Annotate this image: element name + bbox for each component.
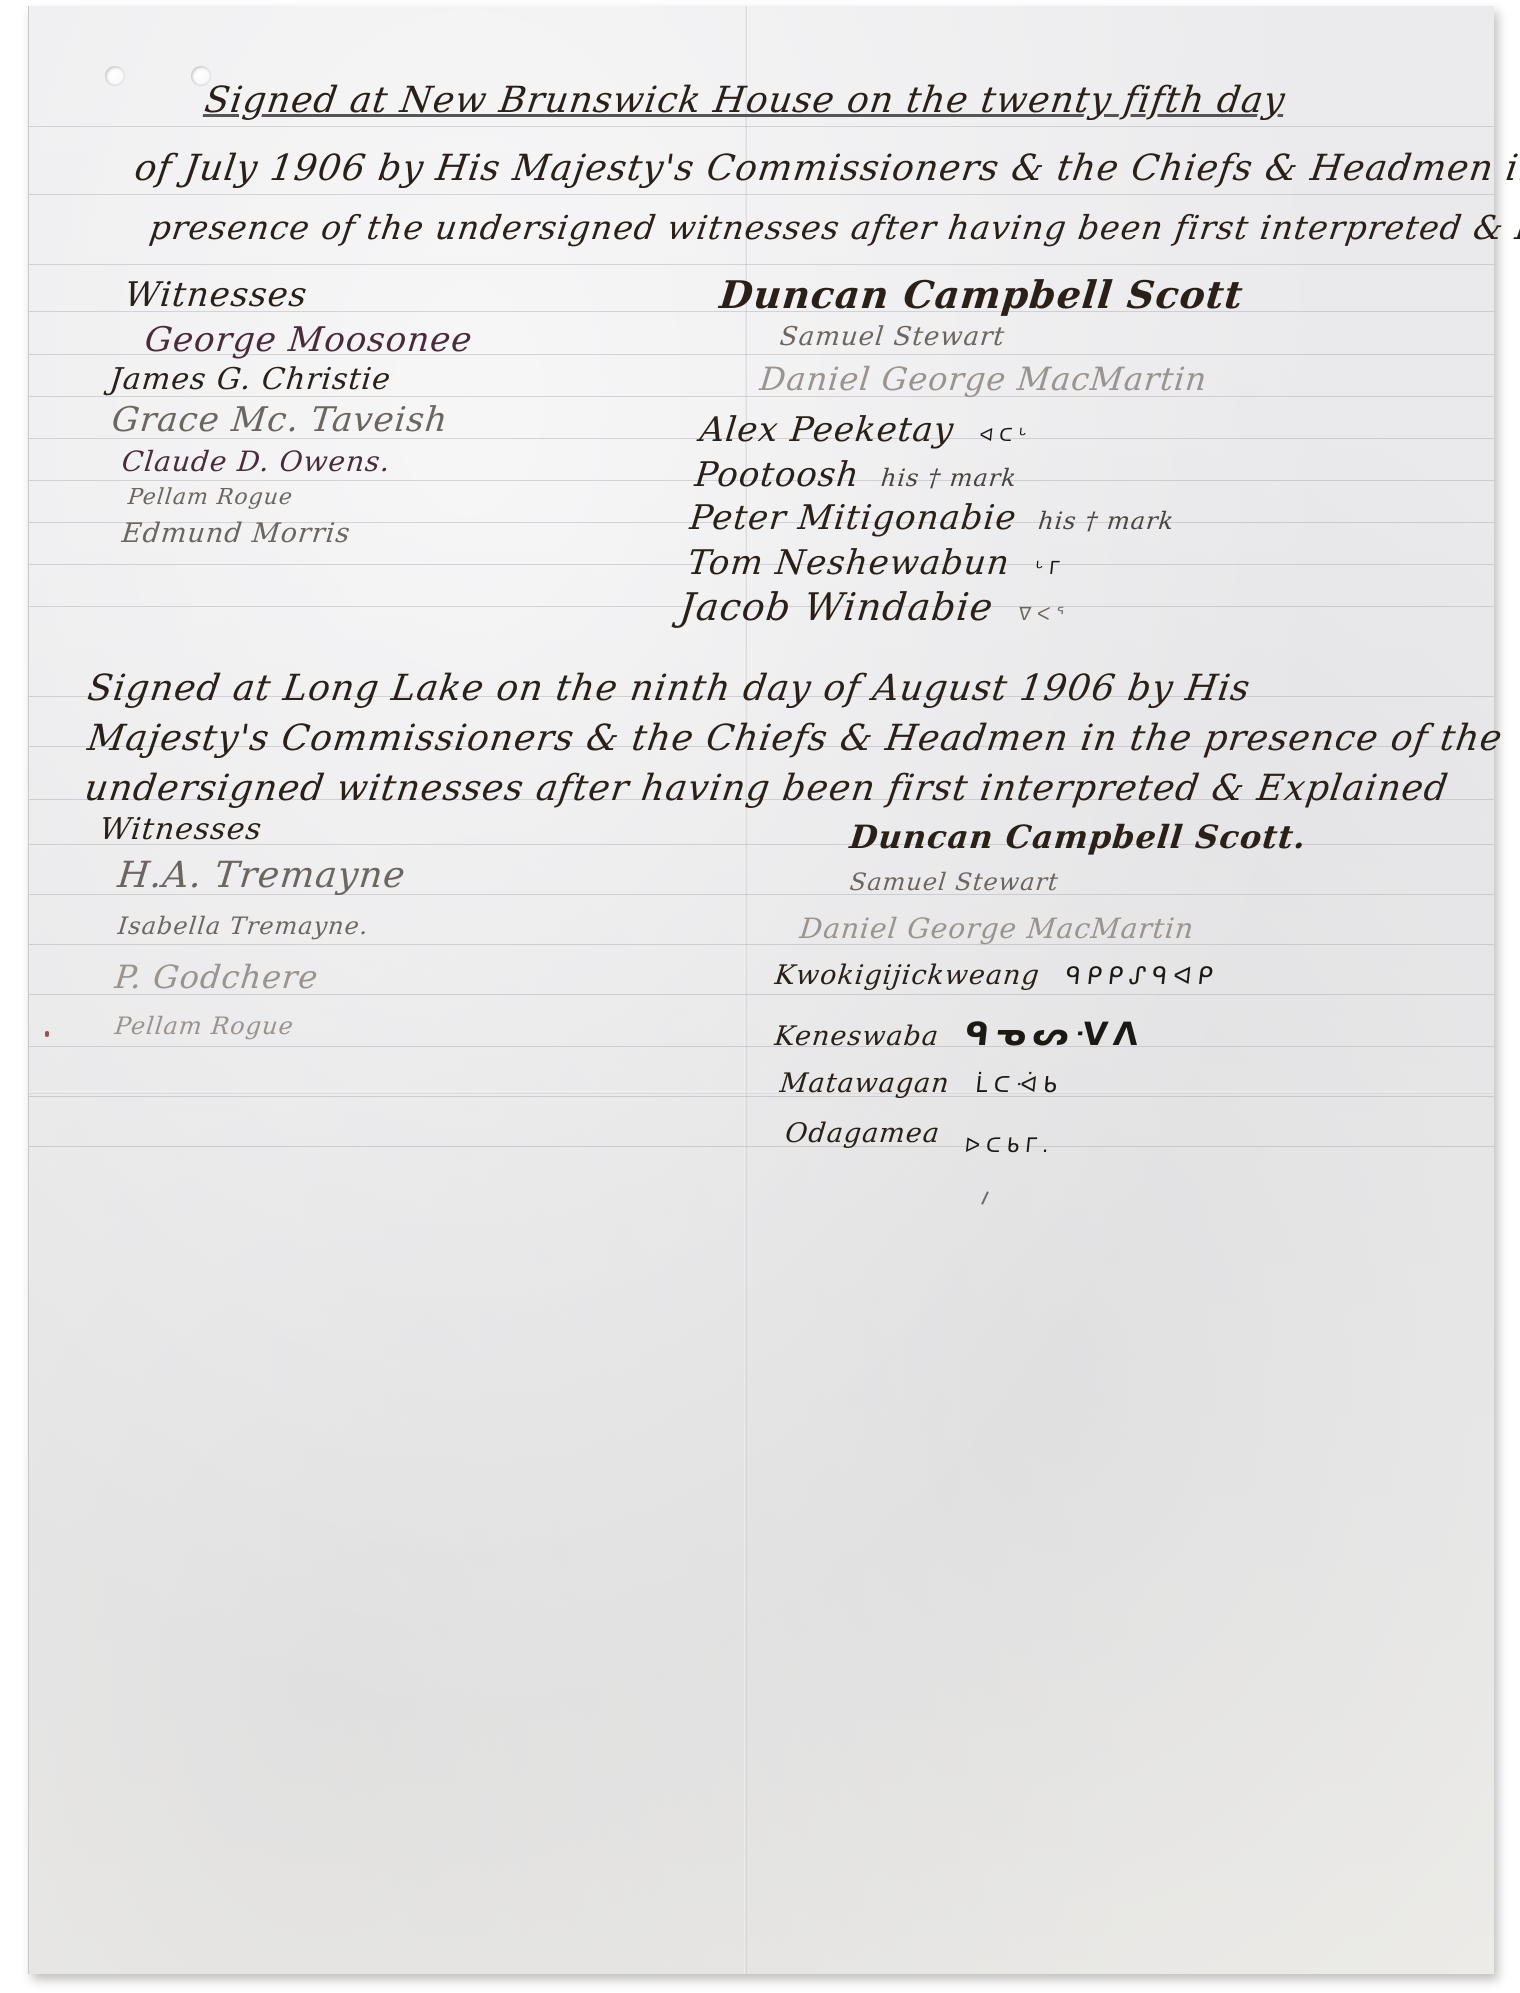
- punch-hole: [105, 66, 125, 86]
- commissioner-signature: Daniel George MacMartin: [798, 912, 1196, 945]
- syllabics-signature: ᐅᑕᑲᒥ.: [964, 1133, 1057, 1157]
- witness-signature: Pellam Rogue: [114, 1012, 296, 1040]
- his-mark-annotation: his † mark: [880, 464, 1019, 492]
- section1-line2: of July 1906 by His Majesty's Commission…: [132, 148, 1520, 189]
- fold-crease-horizontal: [29, 1091, 1494, 1094]
- witness-signature: Pellam Rogue: [127, 485, 295, 510]
- chief-name: Pootoosh: [693, 455, 862, 495]
- chief-name: Keneswaba: [773, 1021, 941, 1052]
- witness-signature: H.A. Tremayne: [116, 855, 408, 896]
- ink-mark: [981, 1191, 989, 1205]
- syllabics-signature: ᐊᑕᒡ: [978, 425, 1033, 446]
- syllabics-signature: ᑫᓀᔕᐺᐱ: [963, 1015, 1146, 1053]
- witness-signature: James G. Christie: [108, 362, 393, 397]
- section1-line1: Signed at New Brunswick House on the twe…: [202, 80, 1288, 121]
- ruled-line: [29, 1146, 1494, 1147]
- chief-name: Kwokigijickweang: [773, 960, 1041, 991]
- ink-spot: [45, 1031, 49, 1037]
- ruled-line: [29, 194, 1494, 195]
- ruled-line: [29, 126, 1494, 127]
- section2-line2: Majesty's Commissioners & the Chiefs & H…: [85, 718, 1505, 759]
- commissioner-signature: Duncan Campbell Scott: [718, 272, 1246, 317]
- syllabics-signature: ᑫᑭᑭᔑᑫᐊᑭ: [1064, 962, 1220, 990]
- section2-witnesses-label: Witnesses: [98, 812, 264, 847]
- chief-name: Tom Neshewabun: [686, 543, 1012, 583]
- chief-signature-row: Tom Neshewabunᒡᒥ: [686, 543, 1068, 583]
- commissioner-signature: Samuel Stewart: [849, 868, 1061, 896]
- syllabics-signature: ᒡᒥ: [1034, 558, 1066, 579]
- commissioner-signature: Samuel Stewart: [778, 322, 1006, 352]
- ruled-line: [29, 264, 1494, 265]
- chief-name: Alex Peeketay: [698, 410, 956, 450]
- chief-name: Jacob Windabie: [678, 585, 996, 629]
- chief-name: Matawagan: [778, 1068, 951, 1099]
- chief-signature-row: Keneswabaᑫᓀᔕᐺᐱ: [773, 1015, 1146, 1053]
- witness-signature: George Moosonee: [143, 320, 475, 360]
- ruled-line: [29, 1096, 1494, 1097]
- ruled-line: [29, 1046, 1494, 1047]
- commissioner-signature: Daniel George MacMartin: [758, 360, 1209, 398]
- witness-signature: Grace Mc. Taveish: [110, 400, 450, 440]
- witness-signature: Claude D. Owens.: [120, 445, 392, 478]
- chief-name: Peter Mitigonabie: [688, 498, 1019, 538]
- section1-witnesses-label: Witnesses: [123, 275, 310, 315]
- chief-signature-row: Kwokigijickweangᑫᑭᑭᔑᑫᐊᑭ: [773, 960, 1220, 991]
- section2-line3: undersigned witnesses after having been …: [82, 768, 1451, 809]
- chief-signature-row: Pootooshhis † mark: [693, 455, 1019, 495]
- commissioner-signature: Duncan Campbell Scott.: [848, 818, 1308, 856]
- chief-signature-row: Peter Mitigonabiehis † mark: [688, 498, 1177, 538]
- section2-line1: Signed at Long Lake on the ninth day of …: [85, 668, 1253, 709]
- witness-signature: P. Godchere: [113, 958, 320, 996]
- chief-name: Odagamea: [784, 1118, 942, 1149]
- chief-signature-row: Matawaganᒫᑕᐙᑲ: [778, 1068, 1064, 1099]
- his-mark-annotation: his † mark: [1037, 507, 1176, 535]
- witness-signature: Isabella Tremayne.: [117, 912, 371, 940]
- syllabics-signature: ᐁᐸᕐ: [1018, 604, 1071, 625]
- chief-signature-row: Odagameaᐅᑕᑲᒥ.: [783, 1118, 1058, 1157]
- syllabics-signature: ᒫᑕᐙᑲ: [974, 1073, 1064, 1098]
- chief-signature-row: Alex Peeketayᐊᑕᒡ: [698, 410, 1035, 450]
- section1-line3: presence of the undersigned witnesses af…: [147, 208, 1520, 247]
- chief-signature-row: Jacob Windabieᐁᐸᕐ: [678, 585, 1073, 629]
- witness-signature: Edmund Morris: [120, 518, 352, 549]
- ruled-line: [29, 944, 1494, 945]
